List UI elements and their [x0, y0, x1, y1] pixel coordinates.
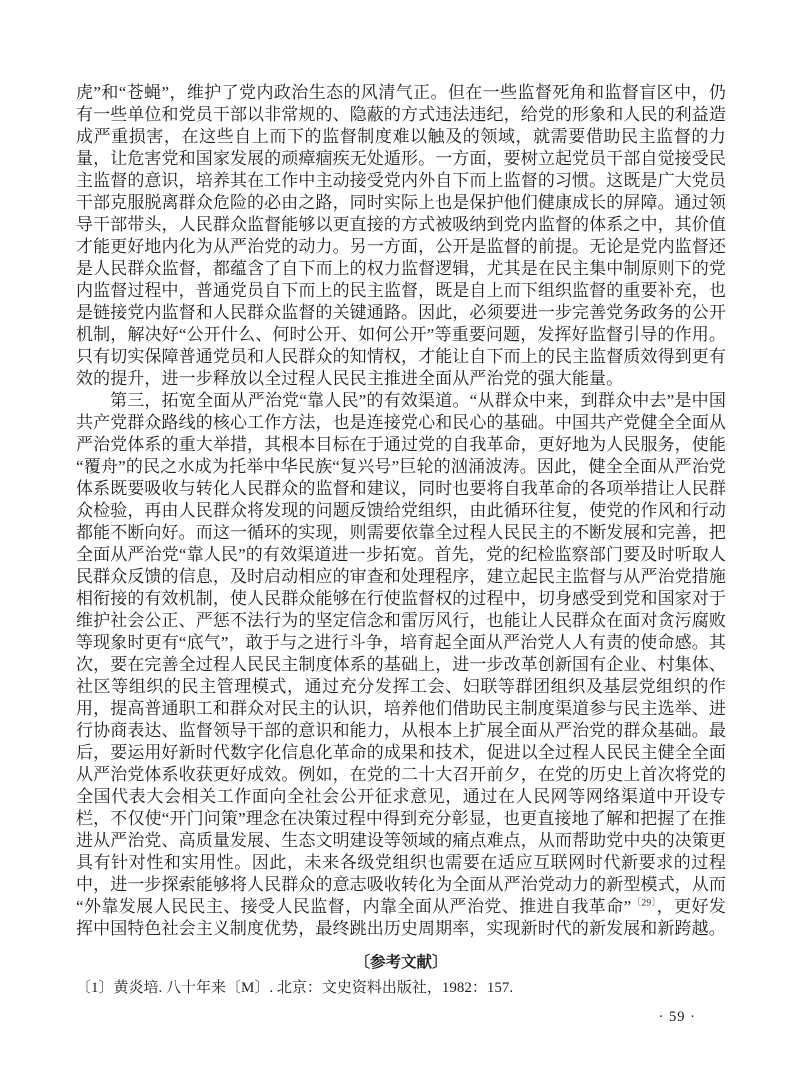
references-section: 〔参考文献〕 〔1〕黄炎培. 八十年来〔M〕. 北京：文史资料出版社，1982：… [76, 952, 726, 999]
article-body: 虎”和“苍蝇”，维护了党内政治生态的风清气正。但在一些监督死角和监督盲区中，仍有… [76, 82, 726, 940]
paragraph-text: 第三，拓宽全面从严治党“靠人民”的有效渠道。“从群众中来，到群众中去”是中国共产… [76, 391, 726, 916]
paragraph-text: 虎”和“苍蝇”，维护了党内政治生态的风清气正。但在一些监督死角和监督盲区中，仍有… [76, 83, 726, 388]
references-heading: 〔参考文献〕 [76, 952, 726, 973]
document-page: 虎”和“苍蝇”，维护了党内政治生态的风清气正。但在一些监督死角和监督盲区中，仍有… [0, 0, 794, 1077]
paragraph-continuation: 虎”和“苍蝇”，维护了党内政治生态的风清气正。但在一些监督死角和监督盲区中，仍有… [76, 82, 726, 390]
citation-superscript: 〔29〕 [631, 898, 656, 908]
reference-item: 〔1〕黄炎培. 八十年来〔M〕. 北京：文史资料出版社，1982：157. [76, 978, 726, 999]
paragraph-third-point: 第三，拓宽全面从严治党“靠人民”的有效渠道。“从群众中来，到群众中去”是中国共产… [76, 390, 726, 940]
page-number: · 59 · [659, 1009, 696, 1025]
page-footer: · 59 · [76, 1008, 726, 1026]
